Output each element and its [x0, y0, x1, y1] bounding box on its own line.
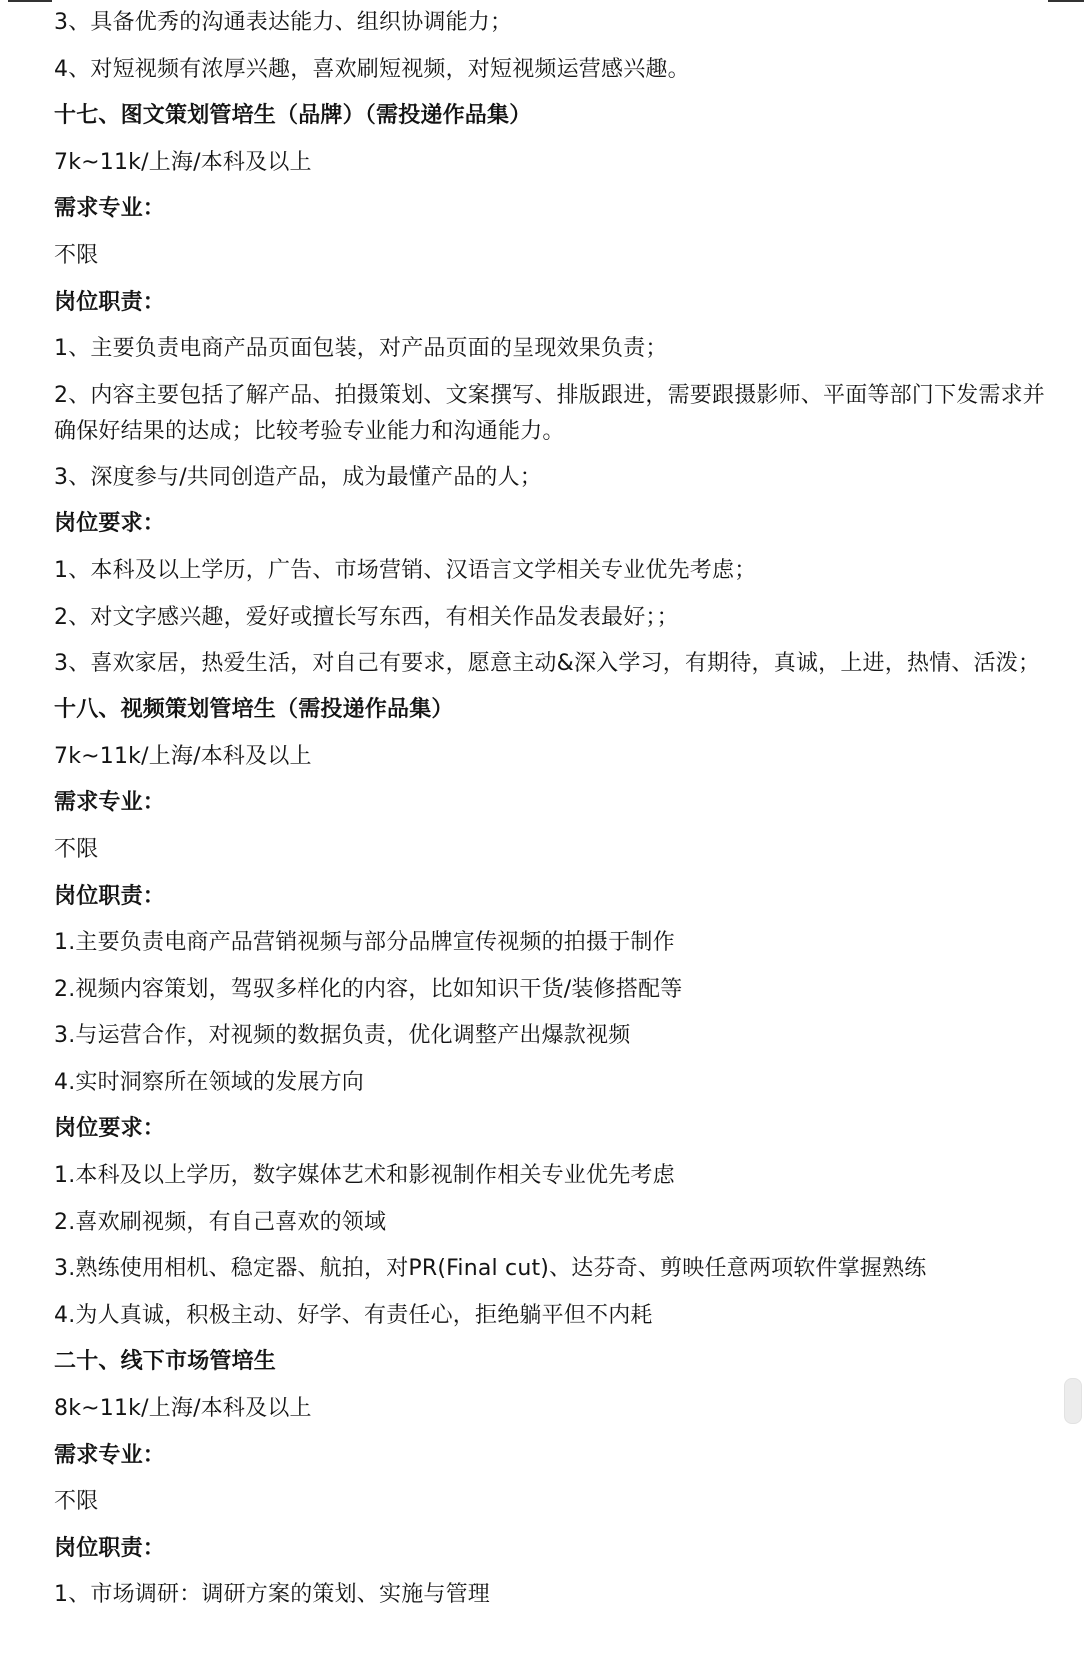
list-item: 4.为人真诚，积极主动、好学、有责任心，拒绝躺平但不内耗	[54, 1293, 1054, 1340]
label-major-requirement: 需求专业：	[54, 1433, 1054, 1480]
label-major-requirement: 需求专业：	[54, 186, 1054, 233]
list-item: 2、内容主要包括了解产品、拍摄策划、文案撰写、排版跟进，需要跟摄影师、平面等部门…	[54, 373, 1054, 455]
salary-location-degree: 7k~11k/上海/本科及以上	[54, 140, 1054, 187]
list-item: 1.主要负责电商产品营销视频与部分品牌宣传视频的拍摄于制作	[54, 920, 1054, 967]
document-body: 3、具备优秀的沟通表达能力、组织协调能力； 4、对短视频有浓厚兴趣，喜欢刷短视频…	[54, 0, 1054, 1619]
section-heading: 十八、视频策划管培生（需投递作品集）	[54, 687, 1054, 734]
label-requirements: 岗位要求：	[54, 1106, 1054, 1153]
list-item: 1、主要负责电商产品页面包装，对产品页面的呈现效果负责；	[54, 326, 1054, 373]
list-item: 3、深度参与/共同创造产品，成为最懂产品的人；	[54, 455, 1054, 502]
label-responsibilities: 岗位职责：	[54, 1526, 1054, 1573]
list-item: 3、喜欢家居，热爱生活，对自己有要求，愿意主动&深入学习，有期待，真诚，上进，热…	[54, 641, 1054, 687]
list-item: 1、市场调研：调研方案的策划、实施与管理	[54, 1572, 1054, 1619]
paragraph: 不限	[54, 827, 1054, 874]
paragraph: 4、对短视频有浓厚兴趣，喜欢刷短视频，对短视频运营感兴趣。	[54, 47, 1054, 94]
label-responsibilities: 岗位职责：	[54, 874, 1054, 921]
list-item: 3.熟练使用相机、稳定器、航拍，对PR(Final cut)、达芬奇、剪映任意两…	[54, 1246, 1054, 1293]
list-item: 2.喜欢刷视频，有自己喜欢的领域	[54, 1200, 1054, 1247]
section-heading: 十七、图文策划管培生（品牌）（需投递作品集）	[54, 93, 1054, 140]
paragraph: 不限	[54, 233, 1054, 280]
list-item: 2.视频内容策划，驾驭多样化的内容，比如知识干货/装修搭配等	[54, 967, 1054, 1014]
list-item: 3.与运营合作，对视频的数据负责，优化调整产出爆款视频	[54, 1013, 1054, 1060]
label-responsibilities: 岗位职责：	[54, 280, 1054, 327]
label-major-requirement: 需求专业：	[54, 780, 1054, 827]
list-item: 2、对文字感兴趣，爱好或擅长写东西，有相关作品发表最好；；	[54, 595, 1054, 642]
salary-location-degree: 7k~11k/上海/本科及以上	[54, 734, 1054, 781]
scrollbar-thumb[interactable]	[1064, 1378, 1082, 1424]
label-requirements: 岗位要求：	[54, 501, 1054, 548]
paragraph: 3、具备优秀的沟通表达能力、组织协调能力；	[54, 0, 1054, 47]
list-item: 1.本科及以上学历，数字媒体艺术和影视制作相关专业优先考虑	[54, 1153, 1054, 1200]
list-item: 1、本科及以上学历，广告、市场营销、汉语言文学相关专业优先考虑；	[54, 548, 1054, 595]
top-left-edge-line	[8, 0, 52, 2]
list-item: 4.实时洞察所在领域的发展方向	[54, 1060, 1054, 1107]
section-heading: 二十、线下市场管培生	[54, 1339, 1054, 1386]
paragraph: 不限	[54, 1479, 1054, 1526]
salary-location-degree: 8k~11k/上海/本科及以上	[54, 1386, 1054, 1433]
